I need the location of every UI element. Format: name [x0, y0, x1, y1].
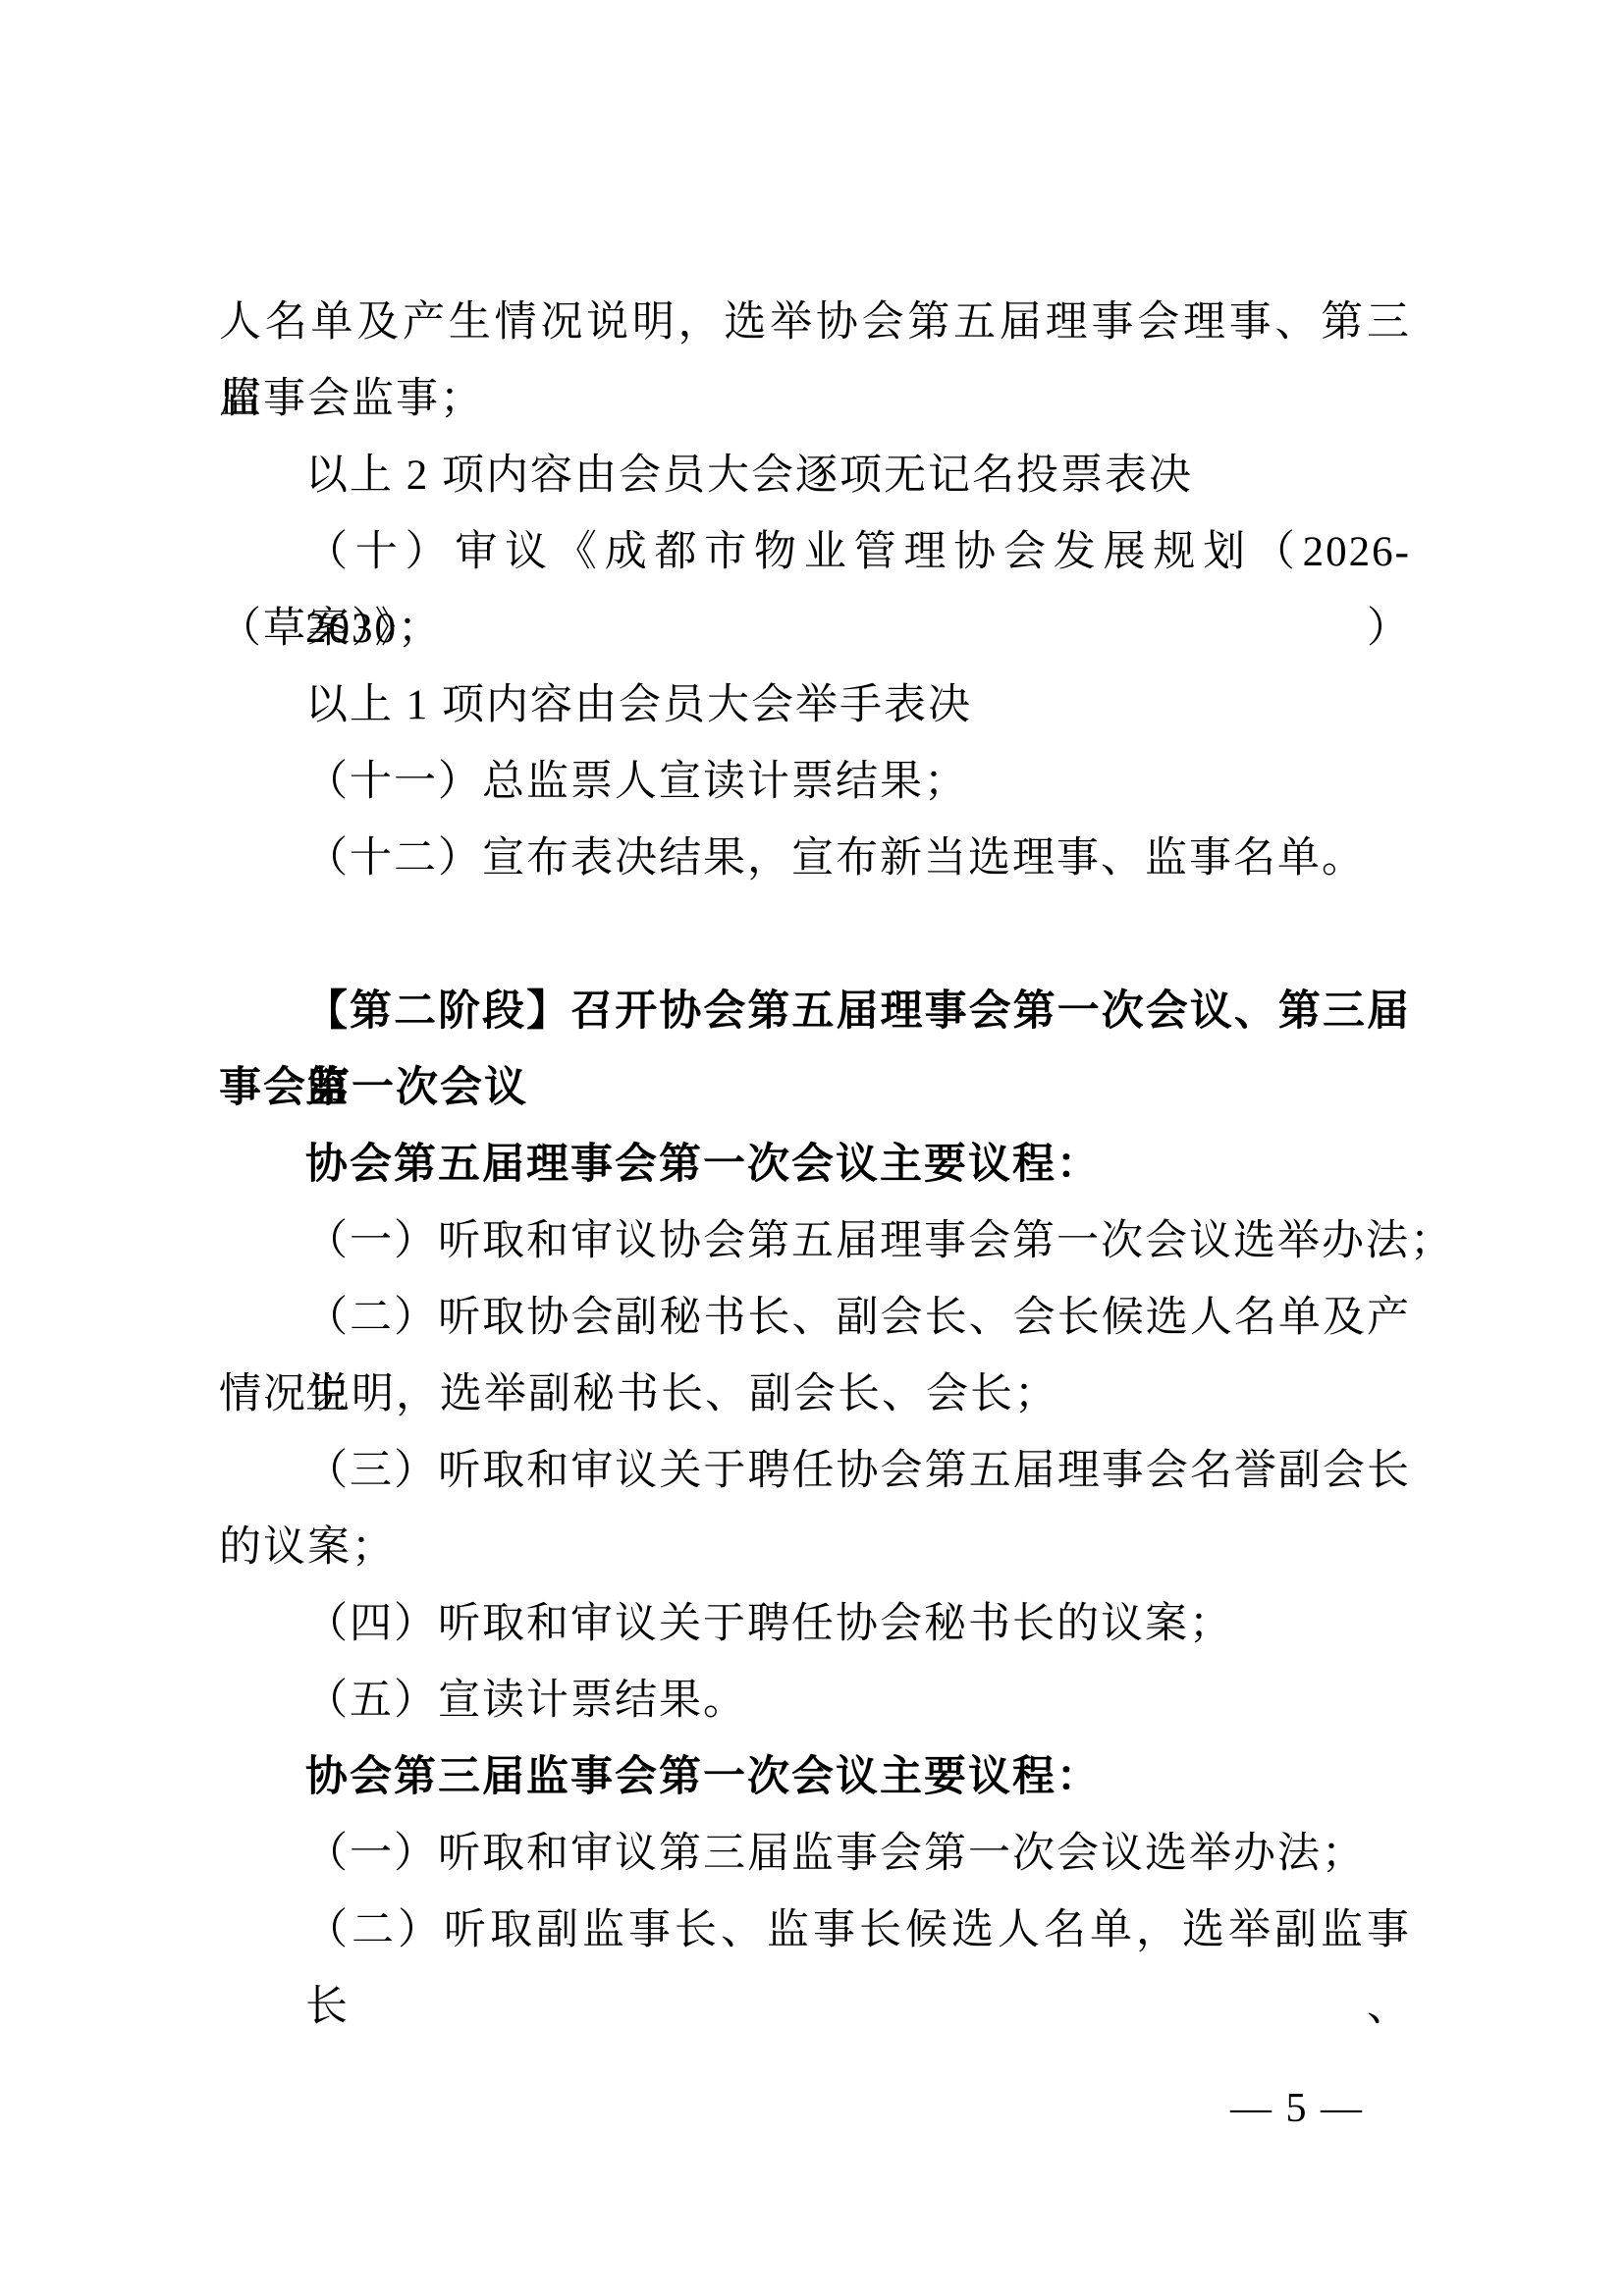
paragraph-line: （三）听取和审议关于聘任协会第五届理事会名誉副会长: [219, 1433, 1411, 1510]
section-heading-line: 协会第五届理事会第一次会议主要议程：: [219, 1127, 1411, 1203]
paragraph-line: 监事会监事；: [219, 361, 1411, 438]
paragraph-line: 以上 2 项内容由会员大会逐项无记名投票表决: [219, 438, 1411, 514]
section-heading-line: 事会第一次会议: [219, 1050, 1411, 1127]
section-heading-line: 【第二阶段】召开协会第五届理事会第一次会议、第三届监: [219, 974, 1411, 1050]
paragraph-line: 的议案；: [219, 1510, 1411, 1586]
document-body: 人名单及产生情况说明，选举协会第五届理事会理事、第三届 监事会监事； 以上 2 …: [219, 285, 1411, 1969]
paragraph-line: 人名单及产生情况说明，选举协会第五届理事会理事、第三届: [219, 285, 1411, 361]
document-page: 人名单及产生情况说明，选举协会第五届理事会理事、第三届 监事会监事； 以上 2 …: [0, 0, 1624, 2296]
section-heading-line: 协会第三届监事会第一次会议主要议程：: [219, 1739, 1411, 1816]
paragraph-line: （一）听取和审议协会第五届理事会第一次会议选举办法；: [219, 1203, 1411, 1280]
paragraph-line: （四）听取和审议关于聘任协会秘书长的议案；: [219, 1586, 1411, 1663]
paragraph-line: （二）听取副监事长、监事长候选人名单，选举副监事长、: [219, 1893, 1411, 1969]
page-number: — 5 —: [1230, 2085, 1364, 2132]
paragraph-line: （一）听取和审议第三届监事会第一次会议选举办法；: [219, 1816, 1411, 1893]
paragraph-line: （十二）宣布表决结果，宣布新当选理事、监事名单。: [219, 821, 1411, 897]
paragraph-line: （十一）总监票人宣读计票结果；: [219, 744, 1411, 821]
paragraph-line: （二）听取协会副秘书长、副会长、会长候选人名单及产生: [219, 1280, 1411, 1357]
paragraph-line: （五）宣读计票结果。: [219, 1663, 1411, 1739]
paragraph-line: 情况说明，选举副秘书长、副会长、会长；: [219, 1357, 1411, 1433]
paragraph-line: （十）审议《成都市物业管理协会发展规划（2026-2030）: [219, 514, 1411, 591]
paragraph-line: 以上 1 项内容由会员大会举手表决: [219, 667, 1411, 744]
